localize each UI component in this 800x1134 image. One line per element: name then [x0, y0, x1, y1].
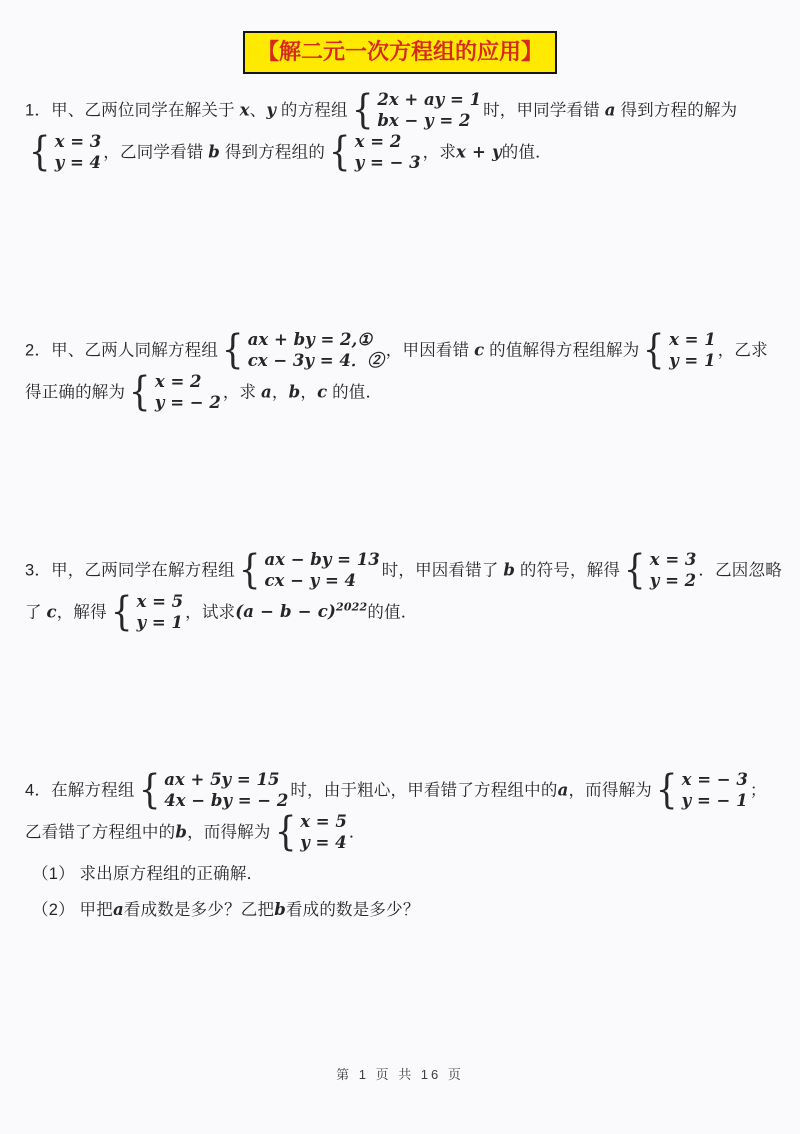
system-left-brace: {: [624, 553, 646, 587]
system-left-brace: {: [352, 93, 374, 127]
math-inline: c: [46, 602, 56, 621]
text-run: 时，由于粗心，甲看错了方程组中的: [290, 781, 557, 799]
math-inline: a: [261, 382, 272, 401]
equation-system: {x = 2y = − 3: [327, 131, 421, 173]
system-line: x = 1: [669, 329, 716, 350]
math-inline: b: [274, 900, 286, 919]
text-run: 得到方程组的: [220, 143, 325, 161]
system-line: x = − 3: [682, 769, 748, 790]
math-inline: b: [289, 382, 301, 401]
equation-system: {x = 5y = 4: [273, 811, 347, 853]
text-run: ，求: [423, 143, 456, 161]
system-line: ax + 5y = 15: [164, 769, 288, 790]
math-inline: a: [605, 100, 616, 119]
math-inline: c: [317, 382, 327, 401]
text-run: （2） 甲把: [32, 901, 113, 919]
system-line: x = 3: [55, 131, 102, 152]
text-run: 看成的数是多少？: [286, 901, 420, 919]
system-line: y = 1: [137, 612, 184, 633]
math-inline: (a − b − c)2022: [235, 602, 367, 621]
system-line: 2x + ay = 1: [377, 89, 481, 110]
system-left-brace: {: [274, 815, 296, 849]
system-line: x = 2: [355, 131, 421, 152]
math-inline: x + y: [456, 142, 502, 161]
system-left-brace: {: [222, 333, 244, 367]
system-lines: x = 5y = 1: [137, 591, 184, 633]
equation-system: {x = 2y = − 2: [127, 371, 221, 413]
system-left-brace: {: [239, 553, 261, 587]
math-inline: y: [266, 100, 276, 119]
system-left-brace: {: [29, 135, 51, 169]
text-run: ，甲因看错: [386, 341, 474, 359]
system-lines: 2x + ay = 1bx − y = 2: [377, 89, 481, 131]
math-inline: c: [474, 340, 484, 359]
system-line: y = − 3: [355, 152, 421, 173]
system-lines: x = 1y = 1: [669, 329, 716, 371]
math-inline: b: [208, 142, 220, 161]
text-run: 的值．: [327, 383, 382, 401]
system-line: y = 4: [55, 152, 102, 173]
system-left-brace: {: [139, 773, 161, 807]
system-line: ax − by = 13: [264, 549, 379, 570]
system-line: y = − 1: [682, 790, 748, 811]
text-run: 2．甲、乙两人同解方程组: [25, 341, 218, 359]
text-run: 得到方程的解为: [616, 101, 738, 119]
system-line: ax + by = 2,①: [248, 329, 384, 350]
equation-system: {x = 3y = 2: [622, 549, 696, 591]
system-line: y = − 2: [155, 392, 221, 413]
page-number-footer: 第 1 页 共 16 页: [0, 1064, 800, 1083]
text-run: 、: [250, 101, 267, 119]
system-line: x = 2: [155, 371, 221, 392]
text-run: ，: [272, 383, 289, 401]
system-left-brace: {: [329, 135, 351, 169]
system-line: x = 5: [137, 591, 184, 612]
problem-4: 4．在解方程组{ax + 5y = 154x − by = − 2时，由于粗心，…: [25, 770, 783, 926]
text-run: 的符号，解得: [515, 561, 620, 579]
text-run: 看成数是多少？乙把: [124, 901, 274, 919]
problem-4-statement: 4．在解方程组{ax + 5y = 154x − by = − 2时，由于粗心，…: [25, 770, 783, 854]
problem-2: 2．甲、乙两人同解方程组{ax + by = 2,①cx − 3y = 4．②，…: [25, 330, 783, 414]
math-inline: b: [503, 560, 515, 579]
text-run: 时，甲因看错了: [382, 561, 504, 579]
text-run: （1） 求出原方程组的正确解．: [32, 865, 263, 883]
equation-system: {ax + 5y = 154x − by = − 2: [137, 769, 289, 811]
text-run: ，而得解为: [187, 823, 271, 841]
system-line: y = 4: [300, 832, 347, 853]
text-run: 1．甲、乙两位同学在解关于: [25, 101, 240, 119]
worksheet-title-banner: 【解二元一次方程组的应用】: [243, 31, 557, 74]
system-lines: x = 2y = − 2: [155, 371, 221, 413]
equation-system: {x = 5y = 1: [109, 591, 183, 633]
text-run: 的方程组: [276, 101, 348, 119]
system-line: cx − y = 4: [264, 570, 379, 591]
system-line: 4x − by = − 2: [164, 790, 288, 811]
math-inline: a: [558, 780, 569, 799]
system-left-brace: {: [656, 773, 678, 807]
system-line: cx − 3y = 4．②: [248, 350, 384, 371]
text-run: 4．在解方程组: [25, 781, 135, 799]
system-line: y = 2: [650, 570, 697, 591]
equation-system: {2x + ay = 1bx − y = 2: [350, 89, 481, 131]
text-run: 的值解得方程组解为: [484, 341, 639, 359]
system-lines: x = 3y = 4: [55, 131, 102, 173]
system-lines: x = 3y = 2: [650, 549, 697, 591]
system-left-brace: {: [643, 333, 665, 367]
text-run: ，乙同学看错: [103, 143, 208, 161]
system-line: x = 5: [300, 811, 347, 832]
system-lines: ax − by = 13cx − y = 4: [264, 549, 379, 591]
equation-system: {ax + by = 2,①cx − 3y = 4．②: [220, 329, 384, 371]
math-inline: a: [113, 900, 124, 919]
text-run: 3．甲，乙两同学在解方程组: [25, 561, 235, 579]
text-run: ，试求: [185, 603, 235, 621]
system-line: y = 1: [669, 350, 716, 371]
problem-4-sub-question-2: （2） 甲把a看成数是多少？乙把b看成的数是多少？: [25, 894, 783, 926]
text-run: ．: [349, 823, 366, 841]
math-superscript: 2022: [336, 601, 367, 614]
text-run: 时，甲同学看错: [483, 101, 605, 119]
system-lines: x = 2y = − 3: [355, 131, 421, 173]
math-inline: x: [240, 100, 250, 119]
document-page: 【解二元一次方程组的应用】 1．甲、乙两位同学在解关于 x、y 的方程组{2x …: [0, 0, 800, 1134]
text-run: ，解得: [57, 603, 107, 621]
problem-3: 3．甲，乙两同学在解方程组{ax − by = 13cx − y = 4时，甲因…: [25, 550, 783, 634]
system-line: x = 3: [650, 549, 697, 570]
problem-4-sub-question-1: （1） 求出原方程组的正确解．: [25, 858, 783, 890]
system-left-brace: {: [129, 375, 151, 409]
text-run: ，求: [223, 383, 261, 401]
text-run: 的值．: [367, 603, 417, 621]
system-line: bx − y = 2: [377, 110, 481, 131]
system-lines: ax + by = 2,①cx − 3y = 4．②: [248, 329, 384, 371]
equation-system: {x = − 3y = − 1: [654, 769, 748, 811]
text-run: 的值．: [502, 143, 552, 161]
text-run: ，而得解为: [568, 781, 652, 799]
equation-system: {x = 3y = 4: [27, 131, 101, 173]
system-lines: ax + 5y = 154x − by = − 2: [164, 769, 288, 811]
text-run: ，: [300, 383, 317, 401]
system-lines: x = − 3y = − 1: [682, 769, 748, 811]
problem-1: 1．甲、乙两位同学在解关于 x、y 的方程组{2x + ay = 1bx − y…: [25, 90, 783, 174]
system-left-brace: {: [111, 595, 133, 629]
system-lines: x = 5y = 4: [300, 811, 347, 853]
equation-system: {ax − by = 13cx − y = 4: [237, 549, 380, 591]
math-inline: b: [175, 822, 187, 841]
equation-system: {x = 1y = 1: [641, 329, 715, 371]
